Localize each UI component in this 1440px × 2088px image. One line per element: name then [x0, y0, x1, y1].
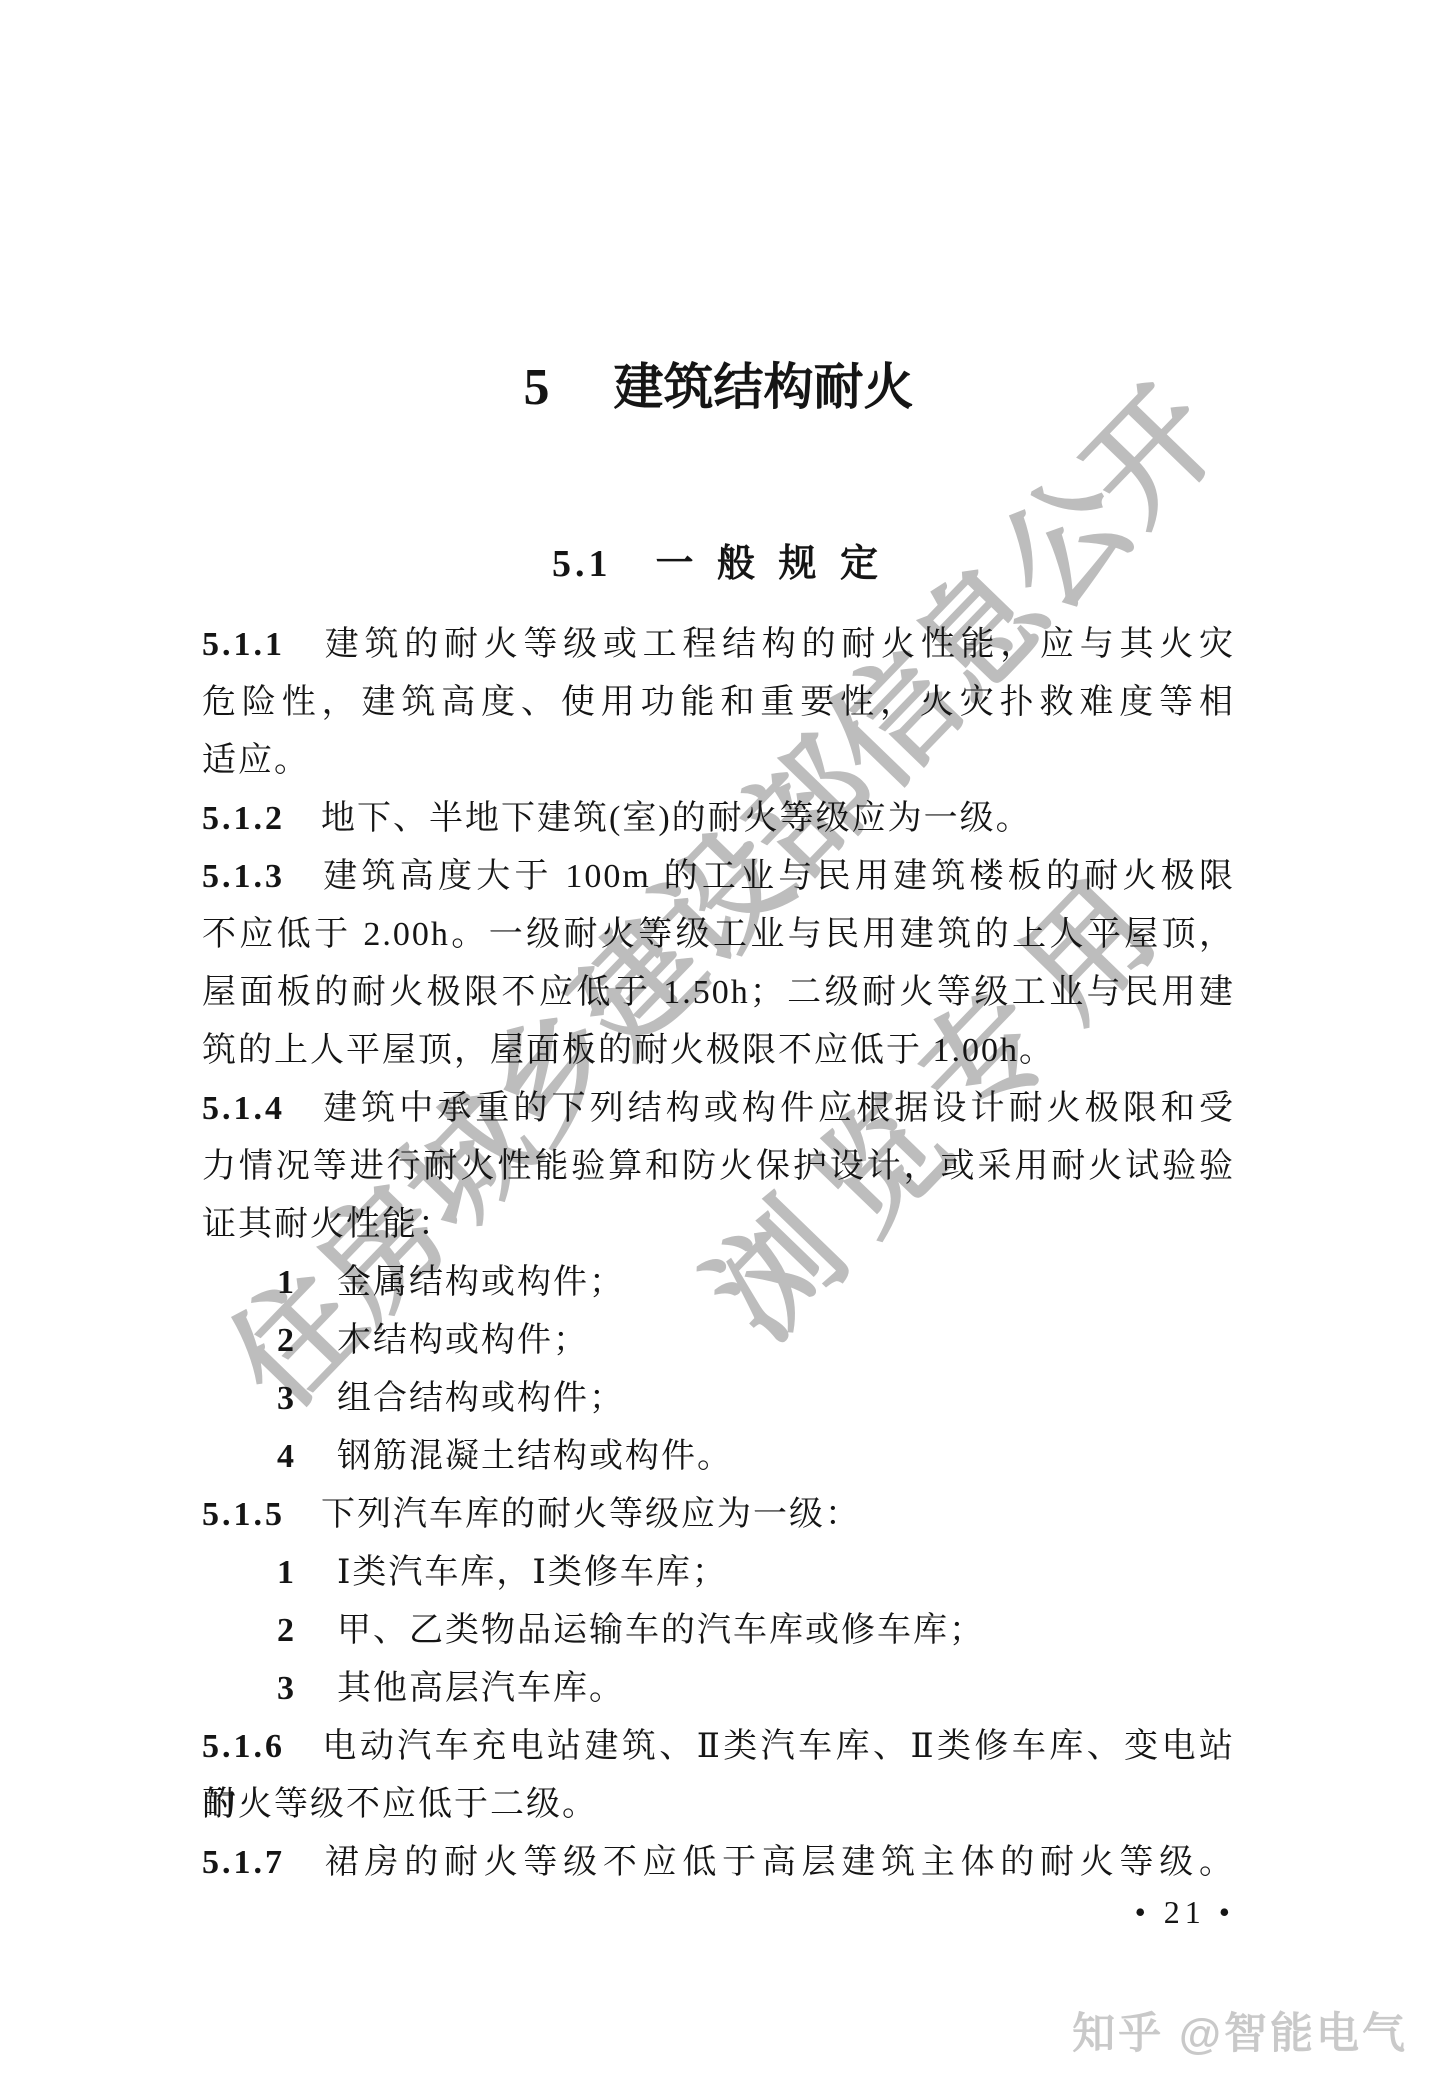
item-number: 1: [277, 1544, 337, 1602]
clause-5.1.4-line-1: 5.1.4建筑中承重的下列结构或构件应根据设计耐火极限和受: [202, 1080, 1235, 1138]
item-number: 2: [277, 1312, 337, 1370]
line-text: 证其耐火性能：: [202, 1206, 454, 1243]
line-text: Ⅰ类汽车库，Ⅰ类修车库；: [337, 1554, 728, 1591]
clause-5.1.5-item-2: 2甲、乙类物品运输车的汽车库或修车库；: [202, 1602, 1235, 1660]
line-text: 力情况等进行耐火性能验算和防火保护设计，或采用耐火试验验: [202, 1148, 1235, 1185]
clause-number: 5.1.5: [202, 1496, 285, 1533]
credit-watermark: 知乎 @智能电气: [1072, 2000, 1408, 2061]
item-number: 3: [277, 1370, 337, 1428]
line-text: 建筑的耐火等级或工程结构的耐火性能，应与其火灾: [321, 626, 1235, 663]
clause-5.1.5-item-1: 1Ⅰ类汽车库，Ⅰ类修车库；: [202, 1544, 1235, 1602]
section-title-text: 一 般 规 定: [655, 543, 885, 585]
clause-number: 5.1.7: [202, 1844, 285, 1881]
line-text: 危险性，建筑高度、使用功能和重要性，火灾扑救难度等相: [202, 684, 1235, 721]
clause-5.1.1-line-3: 适应。: [202, 732, 1235, 790]
clause-5.1.4-item-4: 4钢筋混凝土结构或构件。: [202, 1428, 1235, 1486]
clause-5.1.4-item-3: 3组合结构或构件；: [202, 1370, 1235, 1428]
clause-5.1.3-line-1: 5.1.3建筑高度大于 100m 的工业与民用建筑楼板的耐火极限: [202, 848, 1235, 906]
clause-number: 5.1.3: [202, 858, 285, 895]
clause-5.1.4-line-2: 力情况等进行耐火性能验算和防火保护设计，或采用耐火试验验: [202, 1138, 1235, 1196]
body-text: 5.1.1建筑的耐火等级或工程结构的耐火性能，应与其火灾 危险性，建筑高度、使用…: [202, 616, 1235, 1892]
clause-5.1.1-line-1: 5.1.1建筑的耐火等级或工程结构的耐火性能，应与其火灾: [202, 616, 1235, 674]
clause-5.1.7-line-1: 5.1.7裙房的耐火等级不应低于高层建筑主体的耐火等级。: [202, 1834, 1235, 1892]
clause-5.1.4-line-3: 证其耐火性能：: [202, 1196, 1235, 1254]
line-text: 钢筋混凝土结构或构件。: [337, 1438, 733, 1475]
clause-5.1.3-line-3: 屋面板的耐火极限不应低于 1.50h；二级耐火等级工业与民用建: [202, 964, 1235, 1022]
line-text: 其他高层汽车库。: [337, 1670, 625, 1707]
line-text: 地下、半地下建筑(室)的耐火等级应为一级。: [321, 800, 1032, 837]
clause-number: 5.1.1: [202, 626, 285, 663]
line-text: 木结构或构件；: [337, 1322, 589, 1359]
clause-5.1.3-line-2: 不应低于 2.00h。一级耐火等级工业与民用建筑的上人平屋顶，: [202, 906, 1235, 964]
line-text: 建筑高度大于 100m 的工业与民用建筑楼板的耐火极限: [321, 858, 1235, 895]
clause-number: 5.1.6: [202, 1728, 285, 1765]
clause-5.1.3-line-4: 筑的上人平屋顶，屋面板的耐火极限不应低于 1.00h。: [202, 1022, 1235, 1080]
clause-number: 5.1.4: [202, 1090, 285, 1127]
line-text: 耐火等级不应低于二级。: [202, 1786, 598, 1823]
line-text: 筑的上人平屋顶，屋面板的耐火极限不应低于 1.00h。: [202, 1032, 1055, 1069]
line-text: 组合结构或构件；: [337, 1380, 625, 1417]
chapter-number: 5: [524, 359, 552, 416]
clause-5.1.5-item-3: 3其他高层汽车库。: [202, 1660, 1235, 1718]
line-text: 金属结构或构件；: [337, 1264, 625, 1301]
item-number: 2: [277, 1602, 337, 1660]
item-number: 4: [277, 1428, 337, 1486]
item-number: 3: [277, 1660, 337, 1718]
chapter-title: 5建筑结构耐火: [202, 358, 1235, 416]
clause-5.1.1-line-2: 危险性，建筑高度、使用功能和重要性，火灾扑救难度等相: [202, 674, 1235, 732]
section-heading: 5.1一 般 规 定: [202, 541, 1235, 587]
clause-5.1.6-line-1: 5.1.6电动汽车充电站建筑、Ⅱ类汽车库、Ⅱ类修车库、变电站的: [202, 1718, 1235, 1776]
document-page: 住房城乡建设部信息公开 浏览专用 5建筑结构耐火 5.1一 般 规 定 5.1.…: [0, 0, 1440, 2088]
line-text: 建筑中承重的下列结构或构件应根据设计耐火极限和受: [321, 1090, 1235, 1127]
clause-5.1.5-line-1: 5.1.5下列汽车库的耐火等级应为一级：: [202, 1486, 1235, 1544]
clause-5.1.6-line-2: 耐火等级不应低于二级。: [202, 1776, 1235, 1834]
page-number: • 21 •: [202, 1892, 1235, 1932]
line-text: 裙房的耐火等级不应低于高层建筑主体的耐火等级。: [321, 1844, 1235, 1881]
clause-5.1.4-item-2: 2木结构或构件；: [202, 1312, 1235, 1370]
item-number: 1: [277, 1254, 337, 1312]
line-text: 下列汽车库的耐火等级应为一级：: [321, 1496, 861, 1533]
chapter-title-text: 建筑结构耐火: [614, 359, 914, 415]
clause-5.1.4-item-1: 1金属结构或构件；: [202, 1254, 1235, 1312]
line-text: 适应。: [202, 742, 310, 779]
section-number: 5.1: [552, 543, 612, 585]
line-text: 屋面板的耐火极限不应低于 1.50h；二级耐火等级工业与民用建: [202, 974, 1235, 1011]
line-text: 甲、乙类物品运输车的汽车库或修车库；: [337, 1612, 985, 1649]
clause-number: 5.1.2: [202, 800, 285, 837]
clause-5.1.2-line-1: 5.1.2地下、半地下建筑(室)的耐火等级应为一级。: [202, 790, 1235, 848]
page-content: 5建筑结构耐火 5.1一 般 规 定 5.1.1建筑的耐火等级或工程结构的耐火性…: [0, 0, 1440, 2088]
line-text: 不应低于 2.00h。一级耐火等级工业与民用建筑的上人平屋顶，: [202, 916, 1235, 953]
